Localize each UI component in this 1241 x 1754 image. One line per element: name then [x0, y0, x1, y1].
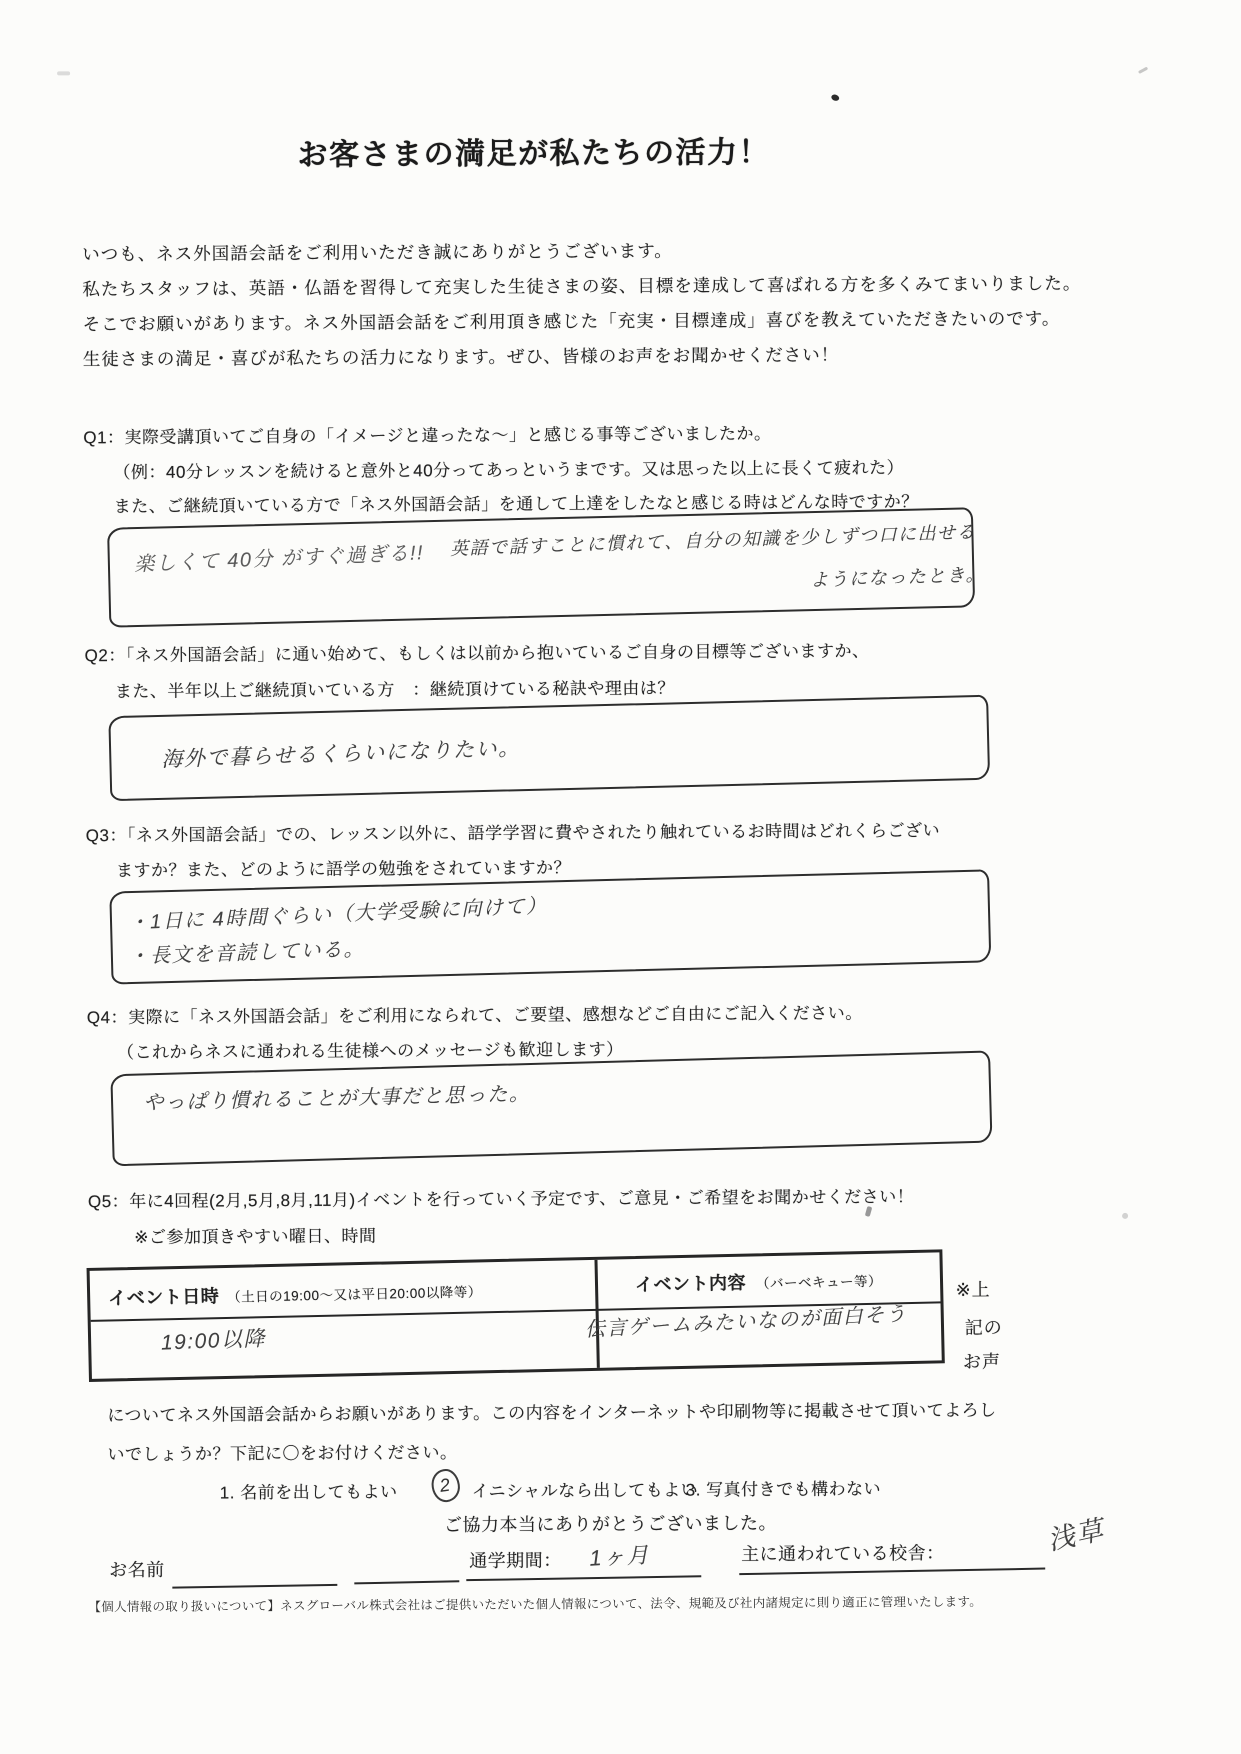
q2-text-1: 「ネス外国語会話」に通い始めて、もしくは以前から抱いているご自身の目標等ございま… — [126, 641, 870, 665]
scan-artifact-mark-3 — [865, 1206, 873, 1217]
intro-line-4: 生徒さまの満足・喜びが私たちの活力になります。ぜひ、皆様のお声をお聞かせください… — [83, 342, 840, 372]
table-side-note-2: 記の — [965, 1314, 1003, 1340]
event-content-note: （バーベキュー等） — [756, 1274, 882, 1292]
consent-line-1: についてネス外国語会話からお願いがあります。この内容をインターネットや印刷物等に… — [107, 1396, 996, 1426]
scanned-survey-page: お客さまの満足が私たちの活力！ いつも、ネス外国語会話をご利用いただき誠にありが… — [0, 0, 1241, 1754]
event-datetime-note: （土日の19:00～又は平日20:00以降等） — [227, 1284, 482, 1305]
q5-question-line-2: ※ご参加頂きやすい曜日、時間 — [134, 1221, 376, 1247]
name-underline-segment-2 — [354, 1580, 459, 1584]
q2-question-line-2: また、半年以上ご継続頂いている方 ：継続頂けている秘訣や理由は？ — [115, 674, 675, 702]
period-handwritten-value: 1ヶ月 — [588, 1538, 650, 1572]
consent-option-3: 3. 写真付きでも構わない — [686, 1474, 882, 1500]
consent-option-2-label: イニシャルなら出してもよい — [472, 1476, 699, 1502]
intro-line-1: いつも、ネス外国語会話をご利用いただき誠にありがとうございます。 — [82, 238, 673, 267]
q5-number: Q5： — [88, 1192, 129, 1211]
q4-question-line-2: （これからネスに通われる生徒様へのメッセージも歓迎します） — [117, 1035, 624, 1063]
event-table-col2-header: イベント内容（バーベキュー等） — [635, 1266, 883, 1297]
school-underline — [739, 1568, 1045, 1576]
period-underline — [466, 1575, 701, 1581]
event-datetime-header: イベント日時 — [108, 1286, 219, 1308]
table-side-note-1: ※上 — [955, 1276, 990, 1302]
scan-artifact-mark-4 — [1122, 1213, 1128, 1219]
consent-option-2-circle: 2 — [432, 1469, 460, 1502]
school-handwritten-value: 浅草 — [1044, 1508, 1108, 1558]
period-field-label: 通学期間： — [469, 1546, 562, 1573]
name-underline-segment-1 — [172, 1584, 337, 1589]
consent-line-2: いでしょうか？下記に〇をお付けください。 — [107, 1438, 457, 1465]
intro-line-3: そこでお願いがあります。ネス外国語会話をご利用頂き感じた「充実・目標達成」喜びを… — [83, 305, 1061, 336]
table-side-note-3: お声 — [963, 1348, 1001, 1374]
q2-question-line-1: Q2：「ネス外国語会話」に通い始めて、もしくは以前から抱いているご自身の目標等ご… — [85, 636, 870, 666]
privacy-note: 【個人情報の取り扱いについて】ネスグローバル株式会社はご提供いただいた個人情報に… — [88, 1592, 982, 1615]
name-field-label: お名前 — [109, 1556, 165, 1582]
circled-option-number: 2 — [429, 1467, 461, 1504]
q3-number: Q3： — [86, 826, 127, 845]
q4-question-line-1: Q4：実際に「ネス外国語会話」をご利用になられて、ご要望、感想などご自由にご記入… — [87, 999, 863, 1029]
q2-number: Q2： — [85, 646, 126, 665]
q3-question-line-1: Q3：「ネス外国語会話」での、レッスン以外に、語学学習に費やされたり触れているお… — [86, 816, 940, 846]
q1-text-1: 実際受講頂いてご自身の「イメージと違ったな～」と感じる事等ございましたか。 — [124, 424, 771, 447]
event-table-col1-header: イベント日時（土日の19:00～又は平日20:00以降等） — [108, 1276, 482, 1310]
consent-option-1: 1. 名前を出してもよい — [220, 1477, 398, 1503]
q1-number: Q1： — [83, 428, 124, 447]
q1-question-line-1: Q1：実際受講頂いてご自身の「イメージと違ったな～」と感じる事等ございましたか。 — [83, 419, 771, 448]
q4-number: Q4： — [87, 1008, 128, 1027]
q4-text-1: 実際に「ネス外国語会話」をご利用になられて、ご要望、感想などご自由にご記入くださ… — [128, 1004, 863, 1027]
q3-question-line-2: ますか？また、どのように語学の勉強をされていますか？ — [116, 853, 571, 881]
scan-artifact-mark-1 — [1138, 67, 1148, 74]
event-datetime-handwritten-answer: 19:00以降 — [160, 1322, 266, 1356]
q3-text-1: 「ネス外国語会話」での、レッスン以外に、語学学習に費やされたり触れているお時間は… — [127, 821, 940, 845]
survey-sheet: お客さまの満足が私たちの活力！ いつも、ネス外国語会話をご利用いただき誠にありが… — [0, 0, 1241, 1754]
q1-question-line-2: （例：40分レッスンを続けると意外と40分ってあっというまです。又は思った以上に… — [113, 453, 904, 483]
q5-question-line-1: Q5：年に4回程(2月,5月,8月,11月)イベントを行っていく予定です、ご意見… — [88, 1182, 914, 1212]
page-title: お客さまの満足が私たちの活力！ — [297, 127, 770, 174]
school-field-label: 主に通われている校舎： — [741, 1539, 945, 1566]
q5-text-1: 年に4回程(2月,5月,8月,11月)イベントを行っていく予定です、ご意見・ご希… — [129, 1187, 914, 1211]
scan-ink-dot — [830, 94, 840, 102]
intro-line-2: 私たちスタッフは、英語・仏語を習得して充実した生徒さまの姿、目標を達成して喜ばれ… — [82, 270, 1081, 301]
event-content-header: イベント内容 — [635, 1273, 746, 1295]
scan-artifact-mark-2 — [57, 71, 70, 75]
thanks-line: ご協力本当にありがとうございました。 — [444, 1509, 777, 1537]
